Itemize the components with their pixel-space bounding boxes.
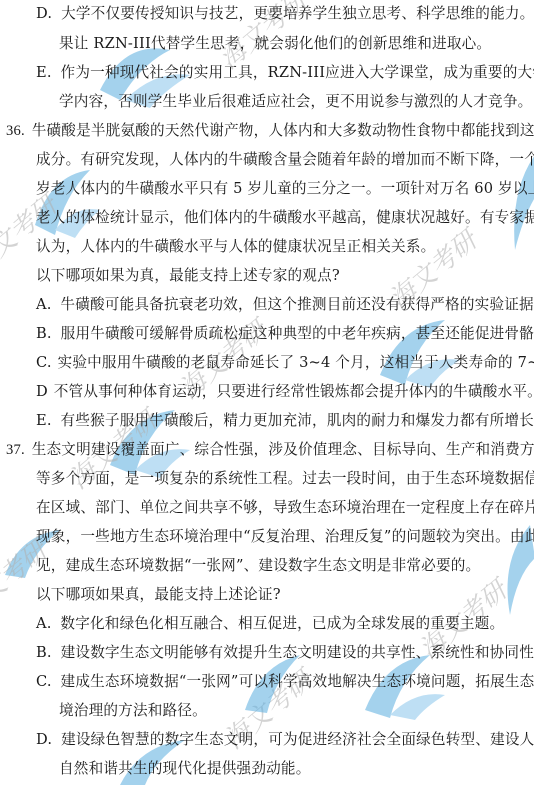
option-letter: D. <box>36 731 52 748</box>
option-text: 作为一种现代社会的实用工具，RZN-III应进入大学课堂，成为重要的大学教 <box>61 64 534 81</box>
q37-stem-line1: 37. 生态文明建设覆盖面广、综合性强，涉及价值理念、目标导向、生产和消费方式 <box>6 440 534 460</box>
q36-option-a: A. 牛磺酸可能具备抗衰老功效，但这个推测目前还没有获得严格的实验证据支持。 <box>36 295 534 315</box>
q37-stem-line3: 在区域、部门、单位之间共享不够，导致生态环境治理在一定程度上存在碎片化 <box>36 498 534 518</box>
option-letter: B. <box>36 644 52 661</box>
q37-stem-line5: 见，建成生态环境数据“一张网”、建设数字生态文明是非常必要的。 <box>36 556 480 576</box>
option-letter: A. <box>36 296 52 313</box>
q37-option-d-line2: 自然和谐共生的现代化提供强劲动能。 <box>59 759 311 779</box>
option-letter: C. <box>36 354 52 371</box>
option-text: 建设数字生态文明能够有效提升生态文明建设的共享性、系统性和协同性。 <box>61 644 534 661</box>
q37-option-a: A. 数字化和绿色化相互融合、相互促进，已成为全球发展的重要主题。 <box>36 614 504 634</box>
q36-option-c: C. 实验中服用牛磺酸的老鼠寿命延长了 3~4 个月，这相当于人类寿命的 7~8… <box>36 353 534 373</box>
option-text: 数字化和绿色化相互融合、相互促进，已成为全球发展的重要主题。 <box>60 615 504 632</box>
q36-stem-line4: 老人的体检统计显示，他们体内的牛磺酸水平越高，健康状况越好。有专家据此 <box>36 208 534 228</box>
option-text: 实验中服用牛磺酸的老鼠寿命延长了 3~4 个月，这相当于人类寿命的 7~8 年。 <box>58 354 534 371</box>
q36-stem-line2: 成分。有研究发现，人体内的牛磺酸含量会随着年龄的增加而不断下降，一个 60 <box>36 150 534 170</box>
q36-stem-line5: 认为，人体内的牛磺酸水平与人体的健康状况呈正相关关系。 <box>36 237 435 257</box>
q35-option-e-line1: E. 作为一种现代社会的实用工具，RZN-III应进入大学课堂，成为重要的大学教 <box>36 63 534 83</box>
q37-option-c-line2: 境治理的方法和路径。 <box>59 701 207 721</box>
q36-option-e: E. 有些猴子服用牛磺酸后，精力更加充沛，肌肉的耐力和爆发力都有所增长。 <box>36 411 534 431</box>
option-letter: D. <box>36 5 52 22</box>
q36-option-b: B. 服用牛磺酸可缓解骨质疏松症这种典型的中老年疾病，甚至还能促进骨骼生长。 <box>36 324 534 344</box>
exam-page: 海文考研 海文考研 海文考研 海文考研 海文考研 海文考研 海文考研 海文考研 … <box>0 0 534 785</box>
option-letter: D <box>36 383 48 400</box>
stem-text: 牛磺酸是半胱氨酸的天然代谢产物，人体内和大多数动物性食物中都能找到这种 <box>32 122 534 139</box>
option-text: 建成生态环境数据“一张网”可以科学高效地解决生态环境问题，拓展生态环 <box>61 673 534 690</box>
option-letter: C. <box>36 673 52 690</box>
option-letter: E. <box>36 64 52 81</box>
q37-option-c-line1: C. 建成生态环境数据“一张网”可以科学高效地解决生态环境问题，拓展生态环 <box>36 672 534 692</box>
q35-option-d-line2: 果让 RZN-III代替学生思考，就会弱化他们的创新思维和进取心。 <box>59 34 491 54</box>
option-text: 不管从事何种体育运动，只要进行经常性锻炼都会提升体内的牛磺酸水平。 <box>54 383 534 400</box>
option-text: 大学不仅要传授知识与技艺，更要培养学生独立思考、科学思维的能力。如 <box>61 5 534 22</box>
option-text: 牛磺酸可能具备抗衰老功效，但这个推测目前还没有获得严格的实验证据支持。 <box>60 296 534 313</box>
q37-question: 以下哪项如果真，最能支持上述论证? <box>36 585 281 605</box>
q37-stem-line4: 现象，一些地方生态环境治理中“反复治理、治理反复”的问题较为突出。由此可 <box>36 527 534 547</box>
q37-option-b: B. 建设数字生态文明能够有效提升生态文明建设的共享性、系统性和协同性。 <box>36 643 534 663</box>
option-letter: A. <box>36 615 52 632</box>
option-text: 服用牛磺酸可缓解骨质疏松症这种典型的中老年疾病，甚至还能促进骨骼生长。 <box>61 325 534 342</box>
option-letter: B. <box>36 325 52 342</box>
option-text: 有些猴子服用牛磺酸后，精力更加充沛，肌肉的耐力和爆发力都有所增长。 <box>61 412 534 429</box>
stem-text: 生态文明建设覆盖面广、综合性强，涉及价值理念、目标导向、生产和消费方式 <box>32 441 534 458</box>
option-letter: E. <box>36 412 52 429</box>
q36-stem-line3: 岁老人体内的牛磺酸水平只有 5 岁儿童的三分之一。一项针对万名 60 岁以上 <box>36 179 534 199</box>
option-text: 建设绿色智慧的数字生态文明，可为促进经济社会全面绿色转型、建设人与 <box>61 731 534 748</box>
q35-option-e-line2: 学内容，否则学生毕业后很难适应社会，更不用说参与激烈的人才竞争。 <box>59 92 532 112</box>
q37-stem-line2: 等多个方面，是一项复杂的系统性工程。过去一段时间，由于生态环境数据信息 <box>36 469 534 489</box>
q36-stem-line1: 36. 牛磺酸是半胱氨酸的天然代谢产物，人体内和大多数动物性食物中都能找到这种 <box>6 121 534 141</box>
q37-option-d-line1: D. 建设绿色智慧的数字生态文明，可为促进经济社会全面绿色转型、建设人与 <box>36 730 534 750</box>
q36-option-d: D 不管从事何种体育运动，只要进行经常性锻炼都会提升体内的牛磺酸水平。 <box>36 382 534 402</box>
q36-question: 以下哪项如果为真，最能支持上述专家的观点? <box>36 266 340 286</box>
q35-option-d-line1: D. 大学不仅要传授知识与技艺，更要培养学生独立思考、科学思维的能力。如 <box>36 4 534 24</box>
question-number: 36. <box>6 123 25 139</box>
question-number: 37. <box>6 442 25 458</box>
watermark-logo-icon <box>100 390 200 480</box>
